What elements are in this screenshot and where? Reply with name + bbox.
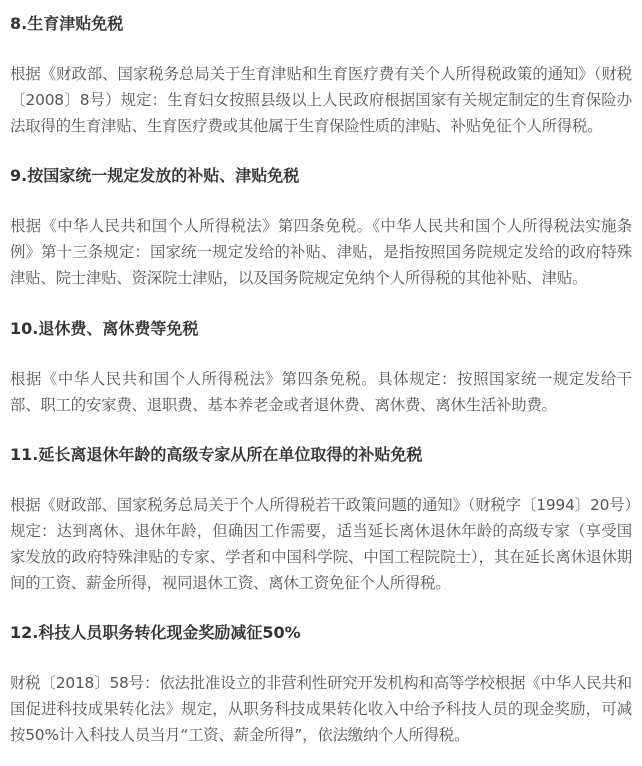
section-body: 财税〔2018〕58号：依法批准设立的非营利性研究开发机构和高等学校根据《中华人… <box>10 645 632 748</box>
section-body: 根据《财政部、国家税务总局关于生育津贴和生育医疗费有关个人所得税政策的通知》（财… <box>10 36 632 139</box>
section-heading: 12.科技人员职务转化现金奖励减征50% <box>10 609 632 645</box>
section-heading: 10.退休费、离休费等免税 <box>10 305 632 341</box>
section-heading: 9.按国家统一规定发放的补贴、津贴免税 <box>10 152 632 188</box>
document: 8.生育津贴免税 根据《财政部、国家税务总局关于生育津贴和生育医疗费有关个人所得… <box>0 0 642 748</box>
section-heading: 8.生育津贴免税 <box>10 0 632 36</box>
section-11: 11.延长离退休年龄的高级专家从所在单位取得的补贴免税 根据《财政部、国家税务总… <box>10 431 632 596</box>
section-body: 根据《中华人民共和国个人所得税法》第四条免税。具体规定：按照国家统一规定发给干部… <box>10 341 632 418</box>
section-10: 10.退休费、离休费等免税 根据《中华人民共和国个人所得税法》第四条免税。具体规… <box>10 305 632 418</box>
section-heading: 11.延长离退休年龄的高级专家从所在单位取得的补贴免税 <box>10 431 632 467</box>
section-12: 12.科技人员职务转化现金奖励减征50% 财税〔2018〕58号：依法批准设立的… <box>10 609 632 748</box>
section-body: 根据《中华人民共和国个人所得税法》第四条免税。《中华人民共和国个人所得税法实施条… <box>10 188 632 291</box>
section-8: 8.生育津贴免税 根据《财政部、国家税务总局关于生育津贴和生育医疗费有关个人所得… <box>10 0 632 139</box>
section-body: 根据《财政部、国家税务总局关于个人所得税若干政策问题的通知》（财税字〔1994〕… <box>10 467 632 596</box>
section-9: 9.按国家统一规定发放的补贴、津贴免税 根据《中华人民共和国个人所得税法》第四条… <box>10 152 632 291</box>
